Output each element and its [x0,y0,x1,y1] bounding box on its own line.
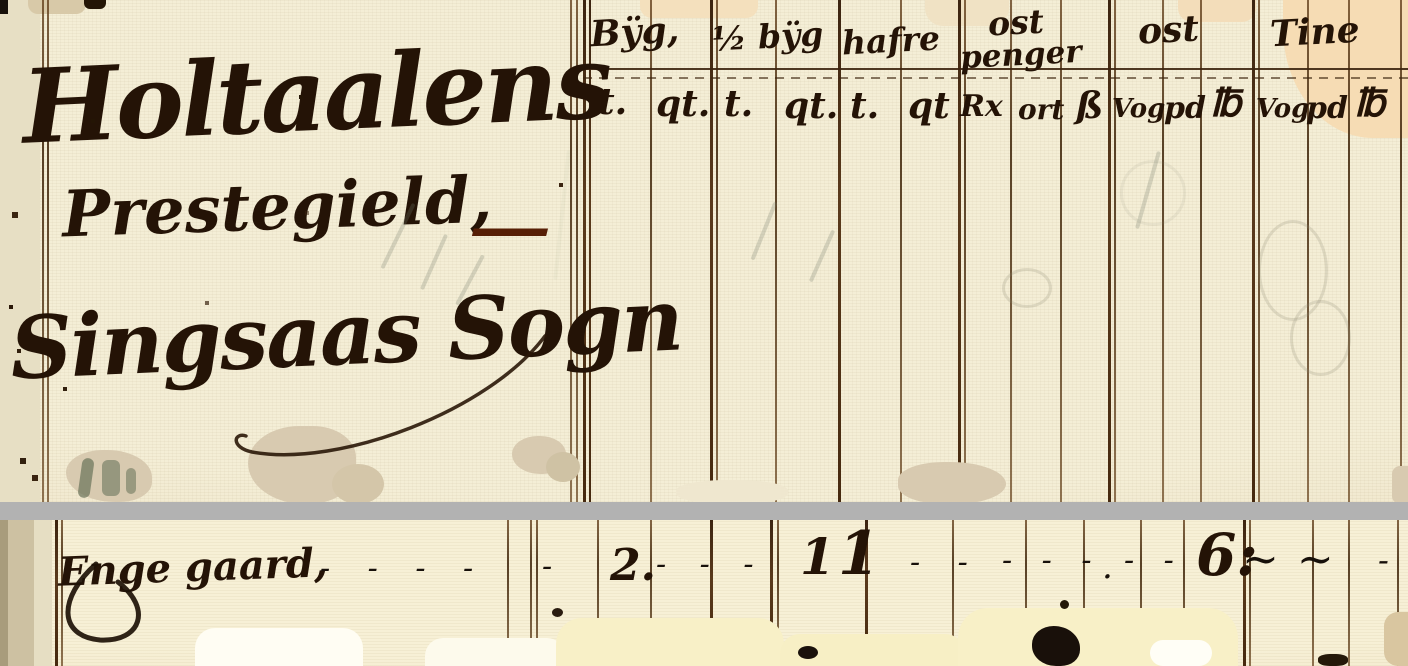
scan-artifact [102,460,120,496]
ruled-line [1010,0,1012,502]
entry-mark: - - - [1002,546,1101,576]
manuscript-page: Holtaalens Prestegield, — Singsaas Sogn … [0,0,1408,666]
ink-blot [798,646,818,659]
unit-label: pd [1164,94,1206,124]
unit-label: ℔ [1354,84,1385,122]
ruled-line [710,0,713,502]
ruled-line [716,0,718,502]
scan-artifact [332,464,384,502]
column-header-tine: Tine [1269,12,1360,53]
ruled-line [1162,0,1164,502]
unit-label: Vog [1112,96,1165,122]
unit-label: qt. [656,86,710,122]
pencil-smudge [1120,160,1186,226]
scan-artifact [898,462,1006,502]
scan-divider-bar [0,502,1408,520]
scan-artifact [425,638,565,666]
ruled-line [1348,0,1350,502]
unit-label: ℔ [1210,84,1241,122]
entry-mark: - . [1378,544,1408,576]
ruled-line [900,0,902,502]
pencil-smudge [1290,300,1351,376]
unit-label: qt. [784,88,838,124]
scan-artifact [546,452,580,482]
ruled-line [1348,520,1350,666]
scan-artifact [676,480,788,502]
farm-name: Enge gaard, [57,543,328,592]
unit-label: ort [1018,96,1064,124]
header-rule-dashed [583,77,1408,79]
scan-artifact [1384,612,1408,666]
heading-dash: — [468,196,551,260]
ink-blot [1060,600,1069,609]
unit-label: t. [850,88,879,124]
ruled-line [55,520,58,666]
column-header-byg: Bÿg, [589,12,680,53]
ruled-line [1400,0,1402,502]
entry-mark: - - - [656,550,765,580]
entry-mark: . [1102,550,1113,584]
scan-artifact [126,468,136,494]
column-header-ostpenger-bottom: penger [959,37,1082,74]
column-header-ostpenger-top: ost [987,5,1044,41]
heading-parish-line1: Holtaalens [20,31,612,159]
ruled-line [1114,0,1116,502]
bottom-section: Enge gaard, - - - - - 2. - - - 1 1 - - -… [0,520,1408,666]
scan-artifact [556,618,784,666]
ruled-line [1200,0,1202,502]
entry-mark: - - [910,548,982,578]
entry-mark: ~ ~ [1242,538,1336,582]
scan-artifact [1392,466,1408,502]
entry-mark: - [542,552,552,582]
unit-label: Vog [1256,96,1309,122]
ruled-line [838,0,841,502]
ink-speckles [0,0,2,2]
entry-mark: - - - - [320,554,487,584]
unit-label: Rx [960,92,1003,122]
unit-label: t. [598,84,627,120]
entry-value: 1 [838,524,880,584]
entry-mark: - - [1124,546,1184,576]
scan-artifact [195,628,363,666]
entry-value: 1 [800,532,835,582]
unit-label: qt [908,88,950,124]
unit-label: ß [1076,88,1103,124]
ruled-line [1252,0,1255,502]
entry-value: 2. [610,544,656,588]
heading-parish-line2: Prestegield, [61,169,493,248]
ink-blot [1318,654,1348,666]
ink-blot [552,608,563,617]
pencil-smudge [1002,268,1052,308]
top-section: Holtaalens Prestegield, — Singsaas Sogn … [0,0,1408,502]
column-header-ost: ost [1137,10,1200,49]
column-header-hafre: hafre [841,21,941,59]
ruled-line [1108,0,1111,502]
ruled-line [775,0,777,502]
ruled-line [650,0,652,502]
column-header-halfbyg: ½ bÿg [711,17,824,56]
scan-artifact [1150,640,1212,666]
unit-label: pd [1306,94,1348,124]
ink-blot [1032,626,1080,666]
ruled-line [1060,0,1062,502]
unit-label: t. [724,86,753,122]
